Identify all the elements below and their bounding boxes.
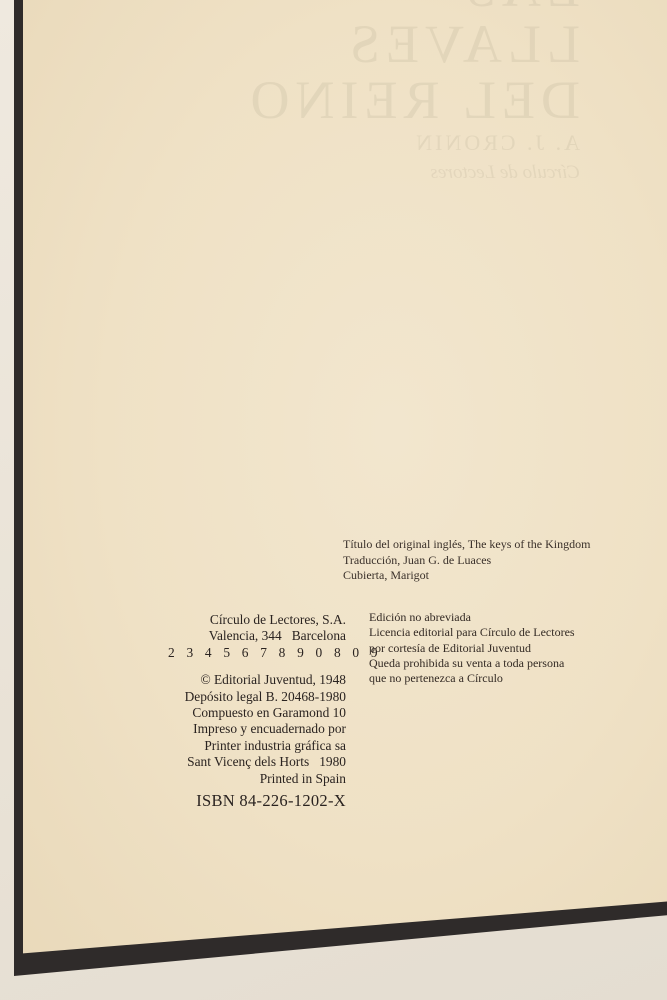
bleed-author: A. J. CRONIN [240, 130, 580, 156]
copyright-line: © Editorial Juventud, 1948 [168, 672, 346, 688]
original-info-block: Título del original inglés, The keys of … [343, 537, 590, 584]
license-line: por cortesía de Editorial Juventud [369, 641, 575, 656]
license-line: Edición no abreviada [369, 610, 575, 625]
cover-credit-line: Cubierta, Marigot [343, 568, 590, 584]
license-line: Queda prohibida su venta a toda persona [369, 656, 575, 671]
isbn: ISBN 84-226-1202-X [168, 790, 346, 812]
license-line: Licencia editorial para Círculo de Lecto… [369, 625, 575, 640]
bleed-through-title: LAS LLAVES DEL REINO A. J. CRONIN Círcul… [240, 0, 580, 184]
bleed-title-line2: DEL REINO [240, 72, 580, 128]
license-line: que no pertenezca a Círculo [369, 671, 575, 686]
original-title-line: Título del original inglés, The keys of … [343, 537, 590, 553]
legal-deposit-line: Depósito legal B. 20468-1980 [168, 689, 346, 705]
printer-location-line: Sant Vicenç dels Horts 1980 [168, 754, 346, 770]
bleed-publisher: Círculo de Lectores [240, 162, 580, 184]
publisher-address: Valencia, 344 Barcelona [168, 628, 346, 644]
printed-bound-line: Impreso y encuadernado por [168, 721, 346, 737]
publisher-name: Círculo de Lectores, S.A. [168, 612, 346, 628]
bleed-title-line1: LAS LLAVES [240, 0, 580, 72]
printing-digits: 2 3 4 5 6 7 8 9 0 8 0 9 [168, 645, 346, 661]
translation-line: Traducción, Juan G. de Luaces [343, 553, 590, 569]
printed-in-line: Printed in Spain [168, 771, 346, 787]
license-block: Edición no abreviada Licencia editorial … [369, 610, 575, 686]
publisher-copyright-block: Círculo de Lectores, S.A. Valencia, 344 … [168, 612, 346, 812]
typeset-line: Compuesto en Garamond 10 [168, 705, 346, 721]
printer-line: Printer industria gráfica sa [168, 738, 346, 754]
